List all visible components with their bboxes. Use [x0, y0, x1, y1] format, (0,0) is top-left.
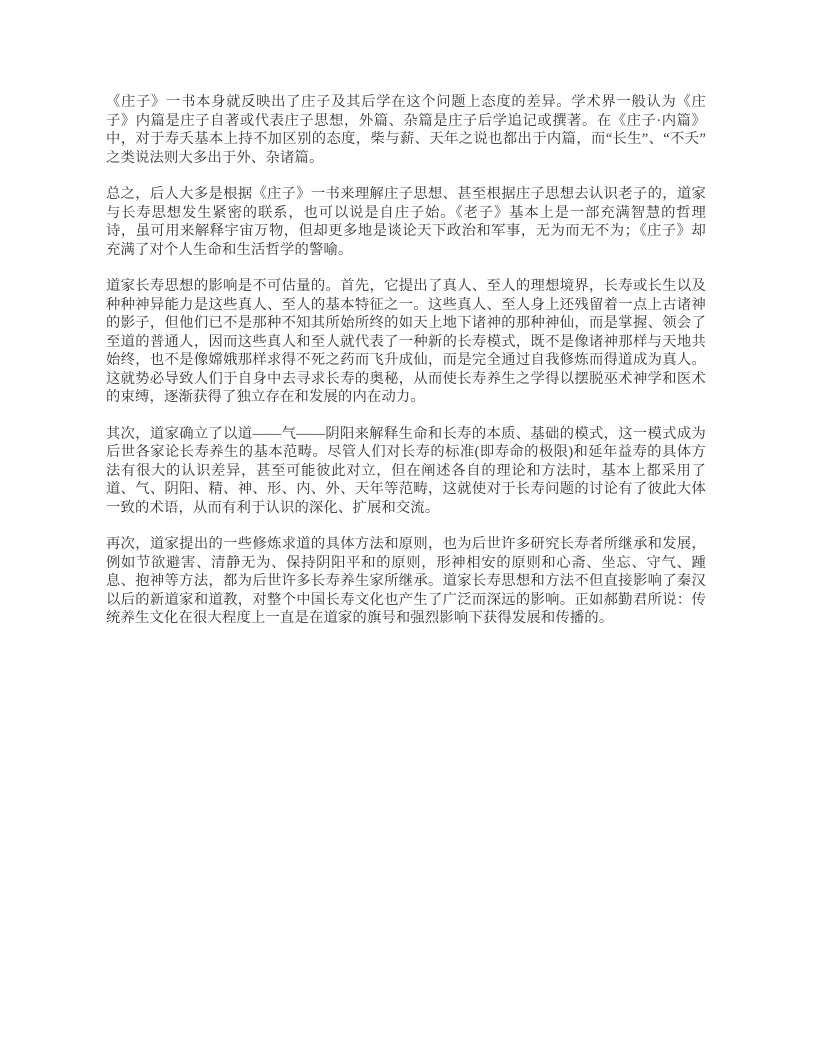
paragraph-daoist-longevity-influence-ideal: 道家长寿思想的影响是不可估量的。首先，它提出了真人、至人的理想境界，长寿或长生以… — [106, 277, 706, 407]
paragraph-laozi-zhuangzi-comparison: 总之，后人大多是根据《庄子》一书来理解庄子思想、甚至根据庄子思想去认识老子的，道… — [106, 185, 706, 259]
paragraph-dao-qi-yinyang-framework: 其次，道家确立了以道——气——阴阳来解释生命和长寿的本质、基础的模式，这一模式成… — [106, 425, 706, 518]
document-page: 《庄子》一书本身就反映出了庄子及其后学在这个问题上态度的差异。学术界一般认为《庄… — [106, 93, 706, 628]
document-canvas: { "page": { "background_color": "#ffffff… — [0, 0, 816, 1056]
paragraph-cultivation-methods-legacy: 再次，道家提出的一些修炼求道的具体方法和原则，也为后世许多研究长寿者所继承和发展… — [106, 535, 706, 628]
paragraph-zhuangzi-attitude-difference: 《庄子》一书本身就反映出了庄子及其后学在这个问题上态度的差异。学术界一般认为《庄… — [106, 93, 706, 167]
